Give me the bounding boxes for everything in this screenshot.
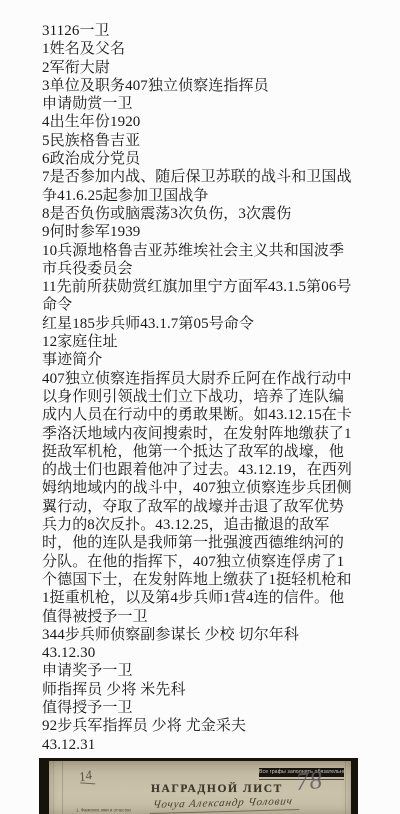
scan-paper: 14 Все графы заполнять обязательно 78 НА… (49, 761, 351, 814)
handwritten-name: Чочуа Александр Чолович (150, 796, 302, 814)
doc-text-line: 9何时参军1939 (42, 223, 359, 241)
document-page: 31126一卫1姓名及父名2军衔大尉3单位及职务407独立侦察连指挥员申请勋赏一… (0, 0, 400, 814)
paper-fold-line (62, 761, 63, 814)
handwritten-corner-mark: 14 (78, 768, 96, 785)
doc-text-line: 申请奖予一卫 (42, 662, 359, 680)
paper-fold-line (345, 761, 346, 814)
translated-award-text: 31126一卫1姓名及父名2军衔大尉3单位及职务407独立侦察连指挥员申请勋赏一… (42, 22, 359, 754)
doc-text-line: 申请勋赏一卫 (42, 95, 359, 113)
doc-text-line: 师指挥员 少将 米先科 (42, 681, 359, 699)
doc-text-line: 4出生年份1920 (42, 113, 359, 131)
doc-text-line: 344步兵师侦察副参谋长 少校 切尔年科 (42, 626, 359, 644)
doc-text-line: 407独立侦察连指挥员大尉乔丘阿在作战行动中以身作则引领战士们立下战功，培养了连… (42, 370, 359, 626)
doc-text-line: 5民族格鲁吉亚 (42, 132, 359, 150)
scanned-award-sheet: 14 Все графы заполнять обязательно 78 НА… (39, 758, 358, 814)
doc-text-line: 92步兵军指挥员 少将 尤金采夫 (42, 717, 359, 735)
doc-text-line: 3单位及职务407独立侦察连指挥员 (42, 77, 359, 95)
doc-text-line: 10兵源地格鲁吉亚苏维埃社会主义共和国波季市兵役委员会 (42, 242, 359, 279)
paper-fold-line (53, 761, 54, 814)
doc-text-line: 8是否负伤或脑震荡3次负伤，3次震伤 (42, 205, 359, 223)
doc-text-line: 43.12.31 (42, 736, 359, 754)
doc-text-line: 1姓名及父名 (42, 40, 359, 58)
doc-text-line: 值得授予一卫 (42, 699, 359, 717)
doc-text-line: 12家庭住址 (42, 333, 359, 351)
doc-text-line: 红星185步兵师43.1.7第05号命令 (42, 315, 359, 333)
name-field-label: 1. Фамилия, имя и отчество (76, 808, 131, 813)
award-sheet-title: НАГРАДНОЙ ЛИСТ (151, 783, 283, 795)
doc-text-line: 7是否参加内战、随后保卫苏联的战斗和卫国战争41.6.25起参加卫国战争 (42, 168, 359, 205)
doc-text-line: 2军衔大尉 (42, 59, 359, 77)
doc-text-line: 11先前所获勋赏红旗加里宁方面军43.1.5第06号命令 (42, 278, 359, 315)
doc-text-line: 6政治成分党员 (42, 150, 359, 168)
doc-text-line: 事迹简介 (42, 351, 359, 369)
handwritten-sheet-number: 78 (295, 768, 324, 795)
doc-text-line: 31126一卫 (42, 22, 359, 40)
doc-text-line: 43.12.30 (42, 644, 359, 662)
